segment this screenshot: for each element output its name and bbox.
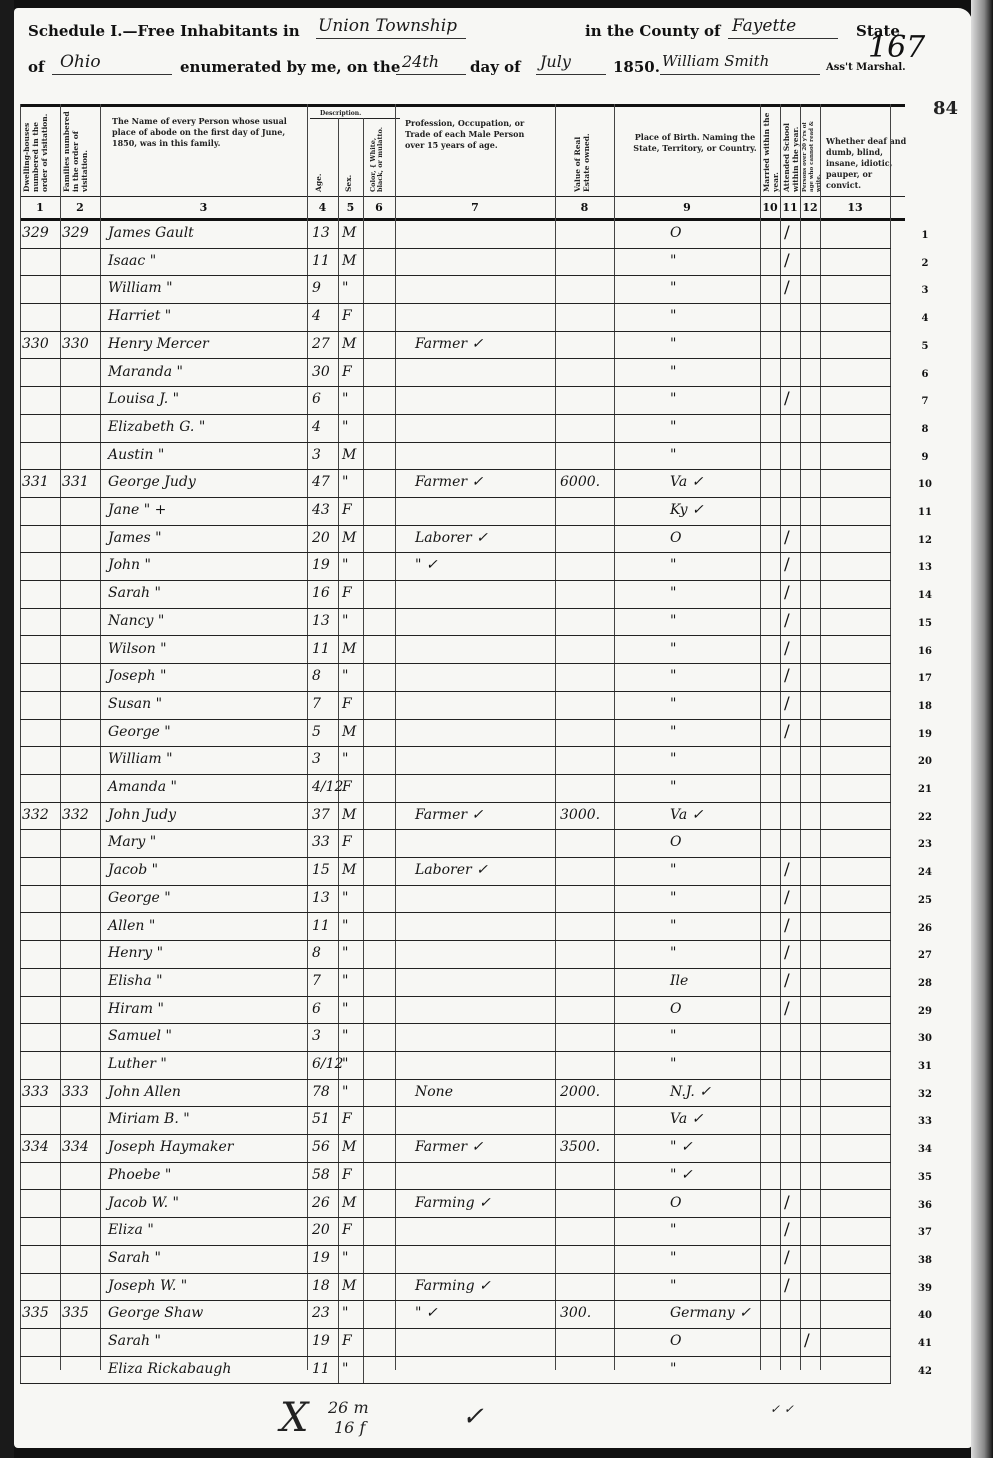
- school-attendance-mark: /: [784, 223, 790, 243]
- age: 4/12: [312, 779, 343, 795]
- top-rule: [20, 104, 905, 107]
- county-label: in the County of: [585, 22, 721, 40]
- school-attendance-mark: /: [784, 251, 790, 271]
- column-number: 10: [760, 201, 780, 214]
- table-row: Susan "7F"/18: [20, 692, 891, 720]
- birthplace: ": [670, 1028, 676, 1044]
- line-number: 31: [915, 1061, 935, 1072]
- age: 11: [312, 918, 330, 934]
- col-header-dwelling: Dwelling-houses numbered in the order of…: [22, 110, 58, 192]
- line-number: 15: [915, 618, 935, 629]
- schedule-label: Schedule I.—Free Inhabitants in: [28, 22, 300, 40]
- table-row: Austin "3M"9: [20, 443, 891, 471]
- age: 6/12: [312, 1056, 343, 1072]
- line-number: 16: [915, 646, 935, 657]
- sex: ": [342, 668, 348, 684]
- person-name: James Gault: [108, 225, 194, 241]
- school-attendance-mark: /: [784, 528, 790, 548]
- line-number: 5: [915, 341, 935, 352]
- person-name: Sarah ": [108, 1250, 161, 1266]
- state-field: Ohio: [60, 52, 101, 72]
- age: 3: [312, 447, 321, 463]
- stamped-page-number: 167: [868, 30, 925, 65]
- sex: ": [342, 751, 348, 767]
- birthplace: ": [670, 1222, 676, 1238]
- line-number: 17: [915, 673, 935, 684]
- birthplace: " ✓: [670, 1139, 693, 1155]
- line-number: 12: [915, 535, 935, 546]
- person-name: Luther ": [108, 1056, 167, 1072]
- line-number: 30: [915, 1033, 935, 1044]
- person-name: Phoebe ": [108, 1167, 171, 1183]
- sex: F: [342, 364, 352, 380]
- person-name: Nancy ": [108, 613, 164, 629]
- age: 7: [312, 696, 321, 712]
- birthplace: Va ✓: [670, 807, 703, 823]
- sex: M: [342, 1195, 356, 1211]
- township-field: Union Township: [318, 16, 457, 36]
- month-field: July: [540, 52, 571, 71]
- table-row: Louisa J. "6""/7: [20, 387, 891, 415]
- sex: M: [342, 530, 356, 546]
- occupation: " ✓: [415, 557, 438, 573]
- school-attendance-mark: /: [784, 1193, 790, 1213]
- age: 13: [312, 890, 330, 906]
- col-header-name: The Name of every Person whose usual pla…: [112, 116, 302, 149]
- month-underline: [536, 74, 606, 75]
- birthplace: O: [670, 1001, 681, 1017]
- school-attendance-mark: /: [784, 916, 790, 936]
- male-count: 26 m: [328, 1398, 369, 1417]
- column-check-marks: ✓ ✓: [770, 1402, 794, 1416]
- table-row: Eliza "20F"/37: [20, 1218, 891, 1246]
- table-row: George "5M"/19: [20, 720, 891, 748]
- occupation: Farming ✓: [415, 1278, 491, 1294]
- sex: F: [342, 585, 352, 601]
- table-row: Harriet "4F"4: [20, 304, 891, 332]
- col-header-age: Age.: [314, 144, 323, 192]
- day-field: 24th: [402, 52, 439, 71]
- table-row: Elizabeth G. "4""8: [20, 415, 891, 443]
- birthplace: ": [670, 447, 676, 463]
- marshal-underline: [660, 74, 820, 75]
- col-header-sex: Sex.: [344, 144, 353, 192]
- line-number: 19: [915, 729, 935, 740]
- person-name: Isaac ": [108, 253, 156, 269]
- table-row: Jacob W. "26MFarming ✓O/36: [20, 1191, 891, 1219]
- birthplace: Va ✓: [670, 474, 703, 490]
- sex: ": [342, 890, 348, 906]
- person-name: Louisa J. ": [108, 391, 179, 407]
- age: 33: [312, 834, 330, 850]
- table-row: Phoebe "58F" ✓35: [20, 1163, 891, 1191]
- age: 11: [312, 1361, 330, 1377]
- table-row: Joseph W. "18MFarming ✓"/39: [20, 1274, 891, 1302]
- sex: F: [342, 1222, 352, 1238]
- sex: ": [342, 1084, 348, 1100]
- birthplace: ": [670, 918, 676, 934]
- birthplace: ": [670, 1278, 676, 1294]
- table-row: Jacob "15MLaborer ✓"/24: [20, 858, 891, 886]
- sex: M: [342, 641, 356, 657]
- dwelling-number: 335: [22, 1305, 49, 1321]
- person-name: Susan ": [108, 696, 162, 712]
- line-number: 1: [915, 230, 935, 241]
- tally-mark: X: [280, 1395, 308, 1441]
- birthplace: O: [670, 1333, 681, 1349]
- age: 56: [312, 1139, 330, 1155]
- birthplace: ": [670, 613, 676, 629]
- family-number: 335: [62, 1305, 89, 1321]
- age: 26: [312, 1195, 330, 1211]
- column-number: 2: [60, 201, 100, 214]
- birthplace: ": [670, 862, 676, 878]
- person-name: George ": [108, 724, 171, 740]
- sex: M: [342, 1278, 356, 1294]
- sex: F: [342, 1167, 352, 1183]
- person-name: Henry ": [108, 945, 163, 961]
- dwelling-number: 331: [22, 474, 49, 490]
- sex: F: [342, 1333, 352, 1349]
- school-attendance-mark: /: [784, 888, 790, 908]
- sex: M: [342, 862, 356, 878]
- table-row: 334334Joseph Haymaker56MFarmer ✓3500." ✓…: [20, 1135, 891, 1163]
- school-attendance-mark: /: [784, 943, 790, 963]
- age: 23: [312, 1305, 330, 1321]
- illiterate-mark: /: [804, 1331, 810, 1351]
- birthplace: ": [670, 1361, 676, 1377]
- age: 43: [312, 502, 330, 518]
- line-number: 4: [915, 313, 935, 324]
- age: 19: [312, 1333, 330, 1349]
- occupation: Laborer ✓: [415, 530, 488, 546]
- line-number: 42: [915, 1366, 935, 1377]
- birthplace: ": [670, 253, 676, 269]
- age: 3: [312, 1028, 321, 1044]
- col-header-married: Married within the year.: [762, 110, 778, 192]
- col-header-school: Attended School within the year.: [782, 110, 798, 192]
- sex: M: [342, 225, 356, 241]
- table-row: Maranda "30F"6: [20, 360, 891, 388]
- school-attendance-mark: /: [784, 971, 790, 991]
- col-header-color: Color, { White, black, or mulatto.: [370, 122, 392, 192]
- sex: F: [342, 308, 352, 324]
- person-name: James ": [108, 530, 162, 546]
- age: 5: [312, 724, 321, 740]
- line-number: 36: [915, 1200, 935, 1211]
- person-name: Elisha ": [108, 973, 163, 989]
- occupation: Farmer ✓: [415, 336, 483, 352]
- school-attendance-mark: /: [784, 722, 790, 742]
- col-header-family: Families numbered in the order of visita…: [62, 110, 98, 192]
- person-name: Allen ": [108, 918, 155, 934]
- person-name: William ": [108, 280, 173, 296]
- birthplace: N.J. ✓: [670, 1084, 711, 1100]
- header-rule: [20, 196, 905, 197]
- column-number: 5: [338, 201, 363, 214]
- sex: ": [342, 973, 348, 989]
- line-number: 11: [915, 507, 935, 518]
- sex: F: [342, 779, 352, 795]
- line-number: 33: [915, 1116, 935, 1127]
- table-row: 333333John Allen78"None2000.N.J. ✓32: [20, 1080, 891, 1108]
- person-name: Maranda ": [108, 364, 183, 380]
- table-row: 329329James Gault13MO/1: [20, 221, 891, 249]
- line-number: 40: [915, 1310, 935, 1321]
- occupation: None: [415, 1084, 453, 1100]
- age: 4: [312, 308, 321, 324]
- birthplace: ": [670, 308, 676, 324]
- family-number: 333: [62, 1084, 89, 1100]
- footer-check: ✓: [462, 1402, 484, 1432]
- table-row: 335335George Shaw23"" ✓300.Germany ✓40: [20, 1301, 891, 1329]
- school-attendance-mark: /: [784, 1276, 790, 1296]
- col-header-birthplace: Place of Birth. Naming the State, Territ…: [625, 132, 765, 154]
- birthplace: ": [670, 779, 676, 795]
- dwelling-number: 330: [22, 336, 49, 352]
- dwelling-number: 329: [22, 225, 49, 241]
- table-row: Amanda "4/12F"21: [20, 775, 891, 803]
- line-number: 14: [915, 590, 935, 601]
- birthplace: " ✓: [670, 1167, 693, 1183]
- age: 7: [312, 973, 321, 989]
- table-row: William "9""/3: [20, 276, 891, 304]
- person-name: George ": [108, 890, 171, 906]
- table-row: Joseph "8""/17: [20, 664, 891, 692]
- line-number: 9: [915, 452, 935, 463]
- occupation: Laborer ✓: [415, 862, 488, 878]
- person-name: Austin ": [108, 447, 164, 463]
- line-number: 13: [915, 562, 935, 573]
- age: 4: [312, 419, 321, 435]
- county-underline: [728, 38, 838, 39]
- line-number: 22: [915, 812, 935, 823]
- table-row: Isaac "11M"/2: [20, 249, 891, 277]
- book-binding: [0, 0, 14, 1458]
- line-number: 37: [915, 1227, 935, 1238]
- birthplace: O: [670, 530, 681, 546]
- age: 78: [312, 1084, 330, 1100]
- line-number: 8: [915, 424, 935, 435]
- line-number: 26: [915, 923, 935, 934]
- line-number: 7: [915, 396, 935, 407]
- table-row: Elisha "7"Ile/28: [20, 969, 891, 997]
- age: 16: [312, 585, 330, 601]
- col-header-illiterate: Persons over 20 y'rs of age who cannot r…: [802, 110, 818, 192]
- occupation: Farming ✓: [415, 1195, 491, 1211]
- sex: ": [342, 1056, 348, 1072]
- birthplace: ": [670, 557, 676, 573]
- table-row: Wilson "11M"/16: [20, 637, 891, 665]
- column-number: 8: [555, 201, 614, 214]
- sex: ": [342, 613, 348, 629]
- township-underline: [316, 38, 466, 39]
- table-row: Samuel "3""30: [20, 1024, 891, 1052]
- table-row: Sarah "19FO/41: [20, 1329, 891, 1357]
- sex: F: [342, 696, 352, 712]
- real-estate-value: 2000.: [560, 1084, 600, 1100]
- printed-page-number: 84: [933, 98, 958, 119]
- line-number: 39: [915, 1283, 935, 1294]
- column-number: 6: [363, 201, 395, 214]
- table-row: Nancy "13""/15: [20, 609, 891, 637]
- school-attendance-mark: /: [784, 666, 790, 686]
- person-name: Joseph Haymaker: [108, 1139, 234, 1155]
- line-number: 34: [915, 1144, 935, 1155]
- person-name: Joseph ": [108, 668, 166, 684]
- sex: ": [342, 1001, 348, 1017]
- person-name: John Allen: [108, 1084, 181, 1100]
- occupation: Farmer ✓: [415, 474, 483, 490]
- sex: ": [342, 945, 348, 961]
- line-number: 41: [915, 1338, 935, 1349]
- birthplace: ": [670, 336, 676, 352]
- person-name: Mary ": [108, 834, 156, 850]
- line-number: 32: [915, 1089, 935, 1100]
- line-number: 35: [915, 1172, 935, 1183]
- birthplace: ": [670, 696, 676, 712]
- school-attendance-mark: /: [784, 611, 790, 631]
- person-name: Elizabeth G. ": [108, 419, 205, 435]
- real-estate-value: 3000.: [560, 807, 600, 823]
- occupation: Farmer ✓: [415, 1139, 483, 1155]
- birthplace: O: [670, 834, 681, 850]
- birthplace: ": [670, 668, 676, 684]
- age: 58: [312, 1167, 330, 1183]
- person-name: Joseph W. ": [108, 1278, 187, 1294]
- sex: F: [342, 1111, 352, 1127]
- table-row: Sarah "19""/38: [20, 1246, 891, 1274]
- description-header: Description.: [320, 108, 361, 119]
- age: 15: [312, 862, 330, 878]
- dwelling-number: 332: [22, 807, 49, 823]
- table-row: Miriam B. "51FVa ✓33: [20, 1107, 891, 1135]
- table-row: William "3""20: [20, 747, 891, 775]
- column-number: 9: [614, 201, 760, 214]
- person-name: Wilson ": [108, 641, 167, 657]
- row-rule: [20, 1383, 891, 1384]
- birthplace: Germany ✓: [670, 1305, 751, 1321]
- birthplace: Ky ✓: [670, 502, 704, 518]
- age: 8: [312, 668, 321, 684]
- sex: ": [342, 1250, 348, 1266]
- school-attendance-mark: /: [784, 278, 790, 298]
- schedule-title: Schedule I.—Free Inhabitants in: [28, 22, 300, 40]
- col-header-condition: Whether deaf and dumb, blind, insane, id…: [826, 136, 908, 191]
- person-name: Sarah ": [108, 1333, 161, 1349]
- age: 20: [312, 530, 330, 546]
- age: 6: [312, 1001, 321, 1017]
- family-number: 334: [62, 1139, 89, 1155]
- person-name: Hiram ": [108, 1001, 164, 1017]
- birthplace: ": [670, 585, 676, 601]
- sex: F: [342, 834, 352, 850]
- sex: M: [342, 253, 356, 269]
- age: 3: [312, 751, 321, 767]
- family-number: 331: [62, 474, 89, 490]
- person-name: Jane " +: [108, 502, 166, 518]
- age: 47: [312, 474, 330, 490]
- enumerated-label: enumerated by me, on the: [180, 58, 400, 76]
- sex: M: [342, 336, 356, 352]
- person-name: Samuel ": [108, 1028, 172, 1044]
- line-number: 10: [915, 479, 935, 490]
- age: 6: [312, 391, 321, 407]
- birthplace: ": [670, 364, 676, 380]
- sex: M: [342, 807, 356, 823]
- birthplace: ": [670, 890, 676, 906]
- line-number: 25: [915, 895, 935, 906]
- line-number: 21: [915, 784, 935, 795]
- table-row: Jane " +43FKy ✓11: [20, 498, 891, 526]
- age: 20: [312, 1222, 330, 1238]
- sex: F: [342, 502, 352, 518]
- person-name: William ": [108, 751, 173, 767]
- birthplace: Ile: [670, 973, 688, 989]
- line-number: 18: [915, 701, 935, 712]
- person-name: Henry Mercer: [108, 336, 209, 352]
- column-number: 11: [780, 201, 800, 214]
- age: 11: [312, 253, 330, 269]
- real-estate-value: 300.: [560, 1305, 591, 1321]
- column-number: 12: [800, 201, 820, 214]
- age: 8: [312, 945, 321, 961]
- column-number: 1: [20, 201, 60, 214]
- birthplace: ": [670, 1250, 676, 1266]
- school-attendance-mark: /: [784, 860, 790, 880]
- age: 37: [312, 807, 330, 823]
- line-number: 24: [915, 867, 935, 878]
- sex: ": [342, 1361, 348, 1377]
- column-number: 13: [820, 201, 890, 214]
- school-attendance-mark: /: [784, 583, 790, 603]
- age: 19: [312, 557, 330, 573]
- county-field: Fayette: [732, 16, 796, 36]
- person-name: Amanda ": [108, 779, 177, 795]
- school-attendance-mark: /: [784, 555, 790, 575]
- birthplace: O: [670, 225, 681, 241]
- day-of-label: day of: [470, 58, 521, 76]
- school-attendance-mark: /: [784, 389, 790, 409]
- age: 13: [312, 613, 330, 629]
- line-number: 2: [915, 258, 935, 269]
- col-header-occupation: Profession, Occupation, or Trade of each…: [405, 118, 545, 151]
- occupation: Farmer ✓: [415, 807, 483, 823]
- line-number: 20: [915, 756, 935, 767]
- table-row: George "13""/25: [20, 886, 891, 914]
- state-underline: [52, 74, 172, 75]
- table-row: John "19"" ✓"/13: [20, 553, 891, 581]
- birthplace: O: [670, 1195, 681, 1211]
- year-label: 1850.: [613, 58, 660, 76]
- family-number: 332: [62, 807, 89, 823]
- family-number: 329: [62, 225, 89, 241]
- sex: ": [342, 419, 348, 435]
- line-number: 38: [915, 1255, 935, 1266]
- line-number: 29: [915, 1006, 935, 1017]
- age: 27: [312, 336, 330, 352]
- person-name: Harriet ": [108, 308, 171, 324]
- table-row: Henry "8""/27: [20, 941, 891, 969]
- table-row: 330330Henry Mercer27MFarmer ✓"5: [20, 332, 891, 360]
- real-estate-value: 3500.: [560, 1139, 600, 1155]
- person-name: George Shaw: [108, 1305, 203, 1321]
- sex: M: [342, 724, 356, 740]
- table-row: 332332John Judy37MFarmer ✓3000.Va ✓22: [20, 803, 891, 831]
- column-number: 3: [100, 201, 307, 214]
- table-row: Eliza Rickabaugh11""42: [20, 1357, 891, 1385]
- school-attendance-mark: /: [784, 694, 790, 714]
